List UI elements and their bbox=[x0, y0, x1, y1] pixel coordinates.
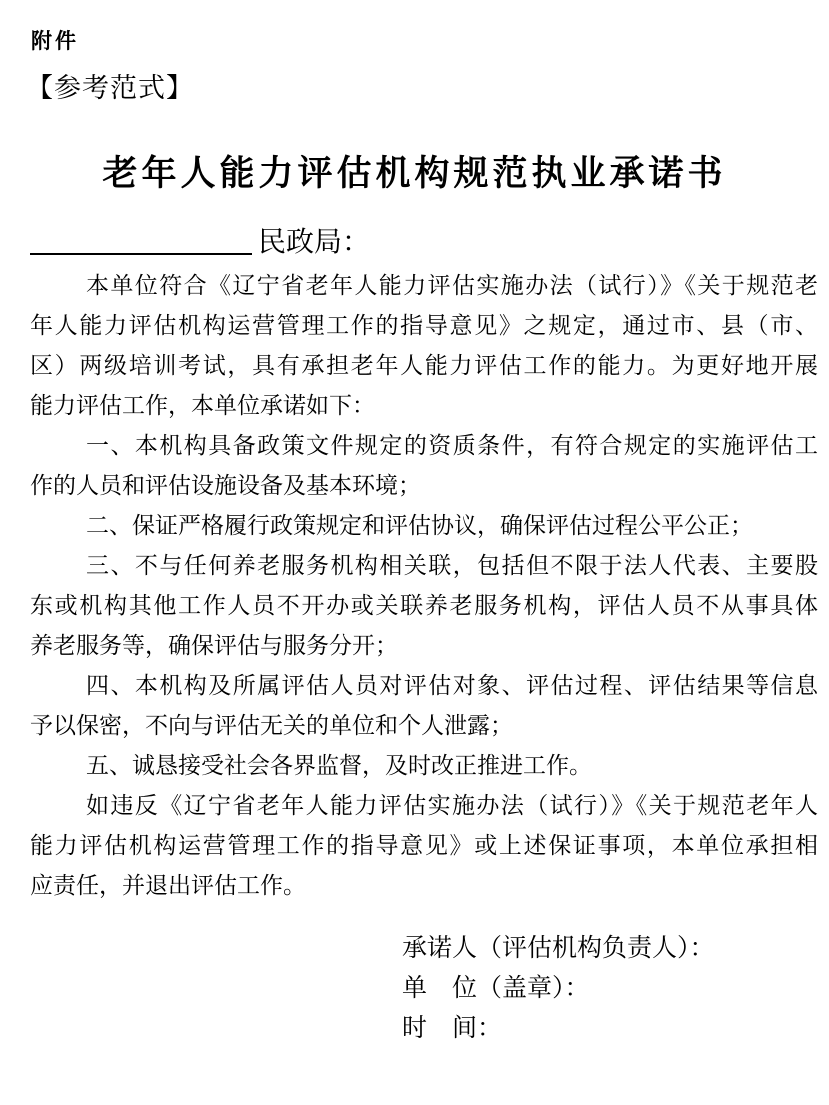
body-line: 应责任，并退出评估工作。 bbox=[30, 866, 818, 906]
salutation-line: 民政局： bbox=[30, 223, 370, 263]
body-line: 能力评估工作，本单位承诺如下： bbox=[30, 386, 818, 426]
body-line: 三、不与任何养老服务机构相关联，包括但不限于法人代表、主要股 bbox=[30, 546, 818, 586]
body-line: 一、本机构具备政策文件规定的资质条件，有符合规定的实施评估工 bbox=[30, 426, 818, 466]
body-line: 四、本机构及所属评估人员对评估对象、评估过程、评估结果等信息 bbox=[30, 666, 818, 706]
body-line: 东或机构其他工作人员不开办或关联养老服务机构，评估人员不从事具体 bbox=[30, 586, 818, 626]
body-line: 能力评估机构运营管理工作的指导意见》或上述保证事项，本单位承担相 bbox=[30, 826, 818, 866]
body-line: 本单位符合《辽宁省老年人能力评估实施办法（试行）》《关于规范老 bbox=[30, 266, 818, 306]
body-line: 二、保证严格履行政策规定和评估协议，确保评估过程公平公正； bbox=[30, 506, 818, 546]
signature-block: 承诺人（评估机构负责人）： 单 位（盖章）： 时 间： bbox=[402, 929, 715, 1049]
document-title: 老年人能力评估机构规范执业承诺书 bbox=[0, 146, 829, 196]
body-line: 予以保密，不向与评估无关的单位和个人泄露； bbox=[30, 706, 818, 746]
annex-label: 附件 bbox=[31, 25, 79, 55]
document-page: 附件 【参考范式】 老年人能力评估机构规范执业承诺书 民政局： 本单位符合《辽宁… bbox=[0, 0, 829, 1105]
body-text: 本单位符合《辽宁省老年人能力评估实施办法（试行）》《关于规范老 年人能力评估机构… bbox=[30, 266, 818, 906]
recipient-label: 民政局： bbox=[258, 227, 370, 258]
body-line: 年人能力评估机构运营管理工作的指导意见》之规定，通过市、县（市、 bbox=[30, 306, 818, 346]
recipient-blank-underline bbox=[30, 253, 252, 255]
body-line: 作的人员和评估设施设备及基本环境； bbox=[30, 466, 818, 506]
body-line: 区）两级培训考试，具有承担老年人能力评估工作的能力。为更好地开展 bbox=[30, 346, 818, 386]
date-label: 时 间： bbox=[402, 1009, 715, 1049]
unit-seal-label: 单 位（盖章）： bbox=[402, 969, 715, 1009]
body-line: 如违反《辽宁省老年人能力评估实施办法（试行）》《关于规范老年人 bbox=[30, 786, 818, 826]
body-line: 养老服务等，确保评估与服务分开； bbox=[30, 626, 818, 666]
reference-format-label: 【参考范式】 bbox=[26, 66, 194, 105]
promisor-label: 承诺人（评估机构负责人）： bbox=[402, 929, 715, 969]
body-line: 五、诚恳接受社会各界监督，及时改正推进工作。 bbox=[30, 746, 818, 786]
